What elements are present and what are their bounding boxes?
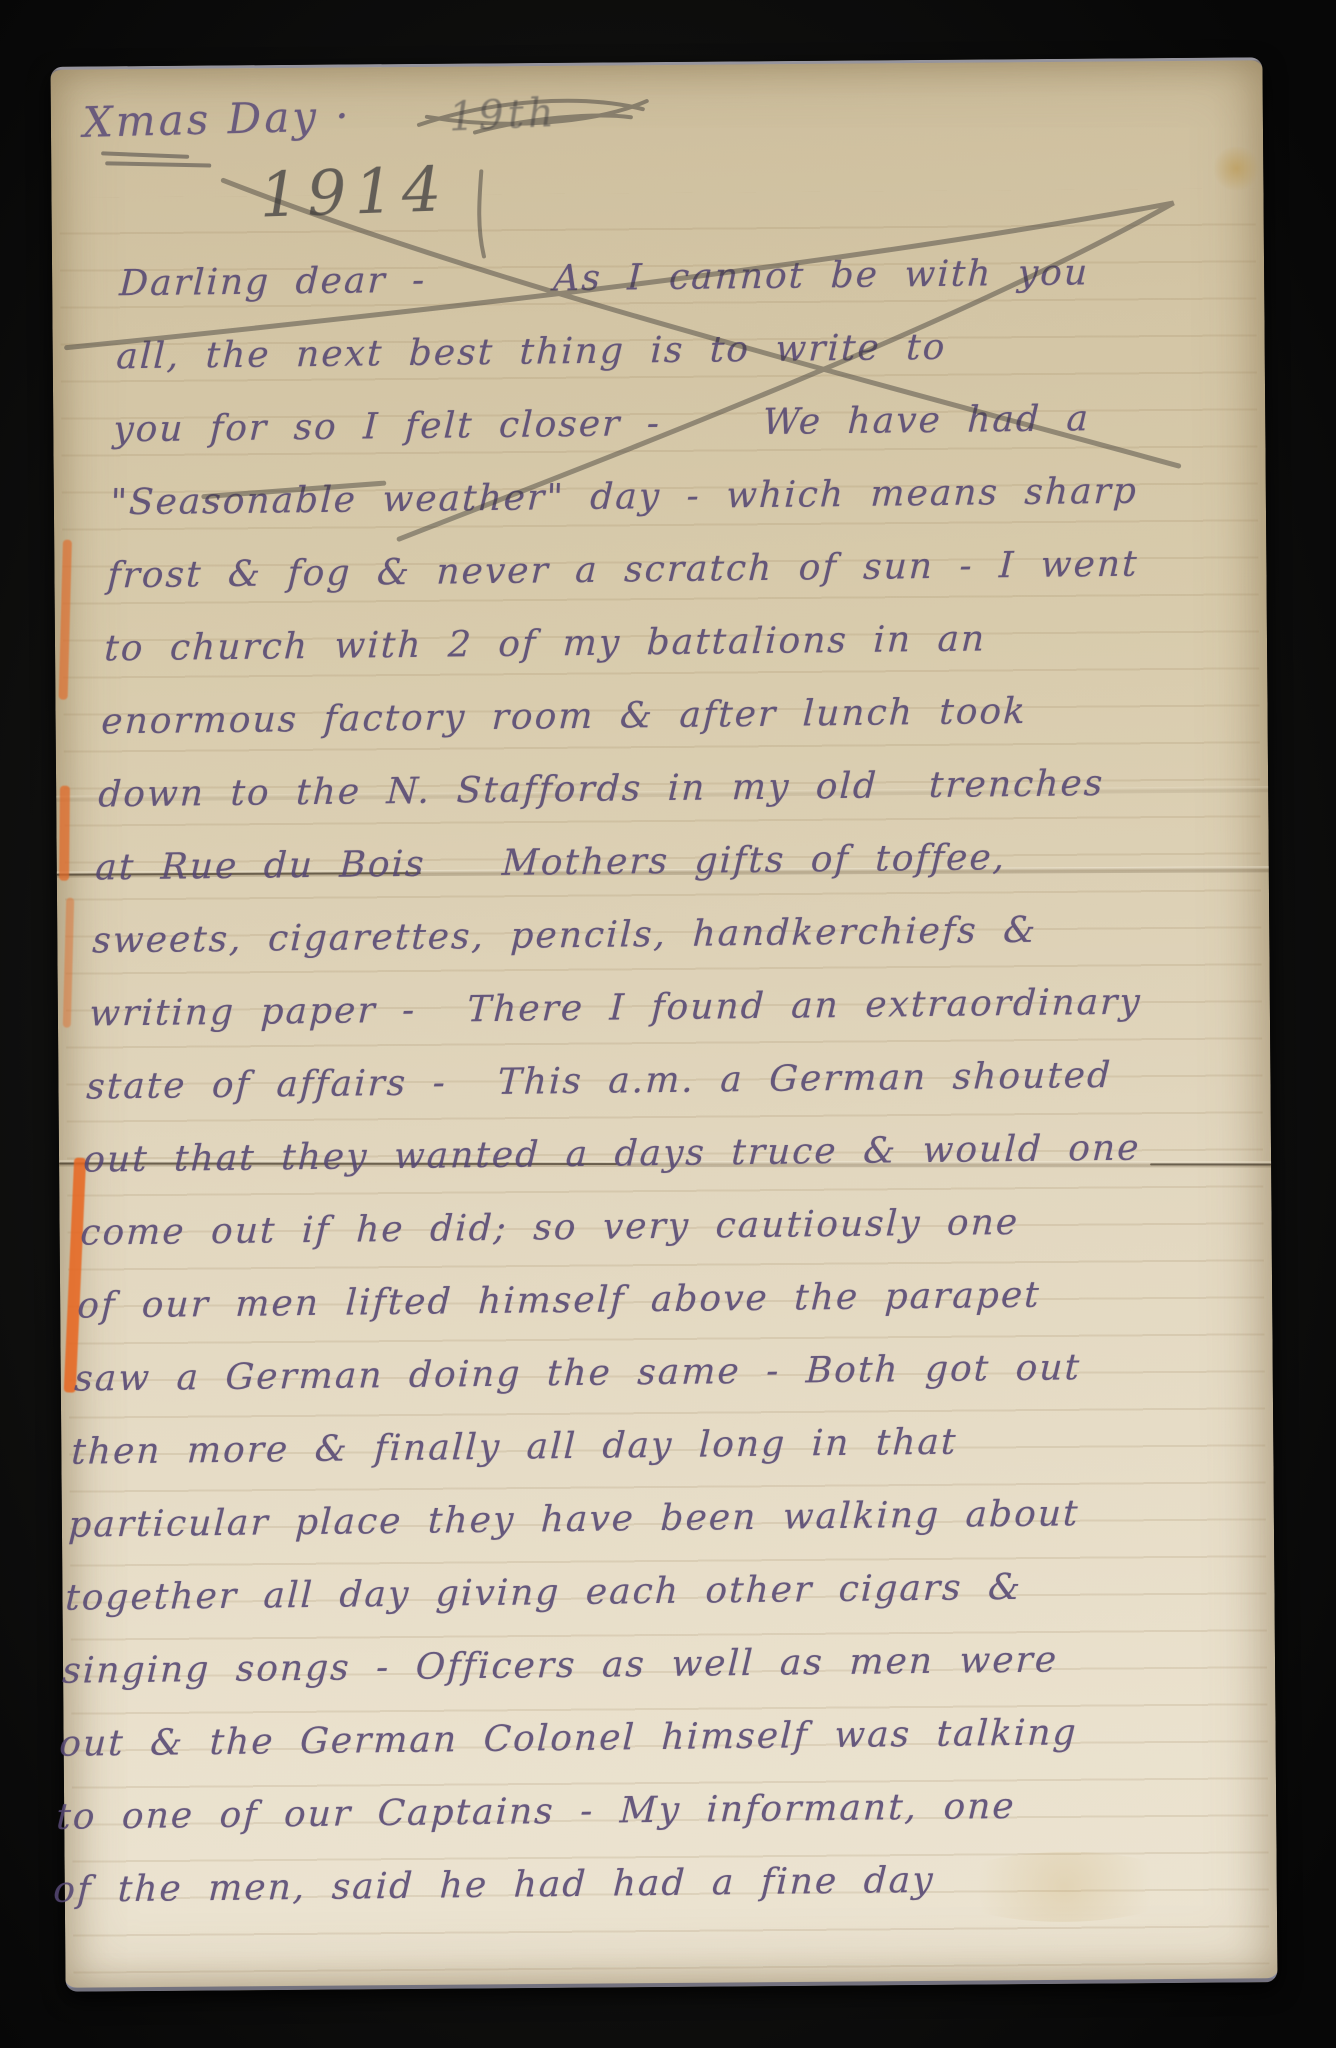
letter-line: all, the next best thing is to write to [115,307,1278,393]
year-heading: 1914 [258,152,450,231]
letter-line: enormous factory room & after lunch took [100,672,1263,758]
letter-line: writing paper - There I found an extraor… [88,964,1251,1050]
letter-line: together all day giving each other cigar… [64,1549,1227,1635]
letter-header: Xmas Day · 19th 1914 [50,60,1262,70]
letter-line: come out if he did; so very cautiously o… [79,1183,1242,1269]
letter-line: "Seasonable weather" day - which means s… [109,453,1272,539]
letter-line: sweets, cigarettes, pencils, handkerchie… [91,891,1254,977]
crayon-mark [63,898,75,1028]
date-scribble-mark [419,100,648,257]
date-heading: Xmas Day · [82,91,352,147]
crayon-mark [59,540,72,700]
letter-line: to church with 2 of my battalions in an [103,599,1266,685]
letter-line: you for so I felt closer - We have had a [112,380,1275,466]
letter-line: out & the German Colonel himself was tal… [58,1695,1221,1781]
letter-line: particular place they have been walking … [67,1476,1230,1562]
letter-line: of the men, said he had had a fine day [52,1841,1215,1927]
letter-paper: Xmas Day · 19th 1914 Darling dear - As I… [50,57,1277,1991]
underline-mark [103,153,209,167]
crayon-mark [59,786,70,881]
letter-line: to one of our Captains - My informant, o… [55,1768,1218,1854]
letter-line: saw a German doing the same - Both got o… [73,1329,1236,1415]
photo-background: Xmas Day · 19th 1914 Darling dear - As I… [0,0,1336,2048]
letter-line: state of affairs - This a.m. a German sh… [85,1037,1248,1123]
paper-stain [1211,146,1261,190]
letter-line: frost & fog & never a scratch of sun - I… [106,526,1269,612]
letter-line: singing songs - Officers as well as men … [61,1622,1224,1708]
letter-line: of our men lifted himself above the para… [76,1256,1239,1342]
letter-line: down to the N. Staffords in my old trenc… [97,745,1260,831]
letter-line: out that they wanted a days truce & woul… [82,1110,1245,1196]
letter-line: at Rue du Bois Mothers gifts of toffee, [94,818,1257,904]
crossed-out-date: 19th [448,90,559,141]
letter-line: Darling dear - As I cannot be with you [118,234,1281,320]
letter-body: Darling dear - As I cannot be with youal… [52,234,1281,1927]
letter-line: then more & finally all day long in that [70,1403,1233,1489]
